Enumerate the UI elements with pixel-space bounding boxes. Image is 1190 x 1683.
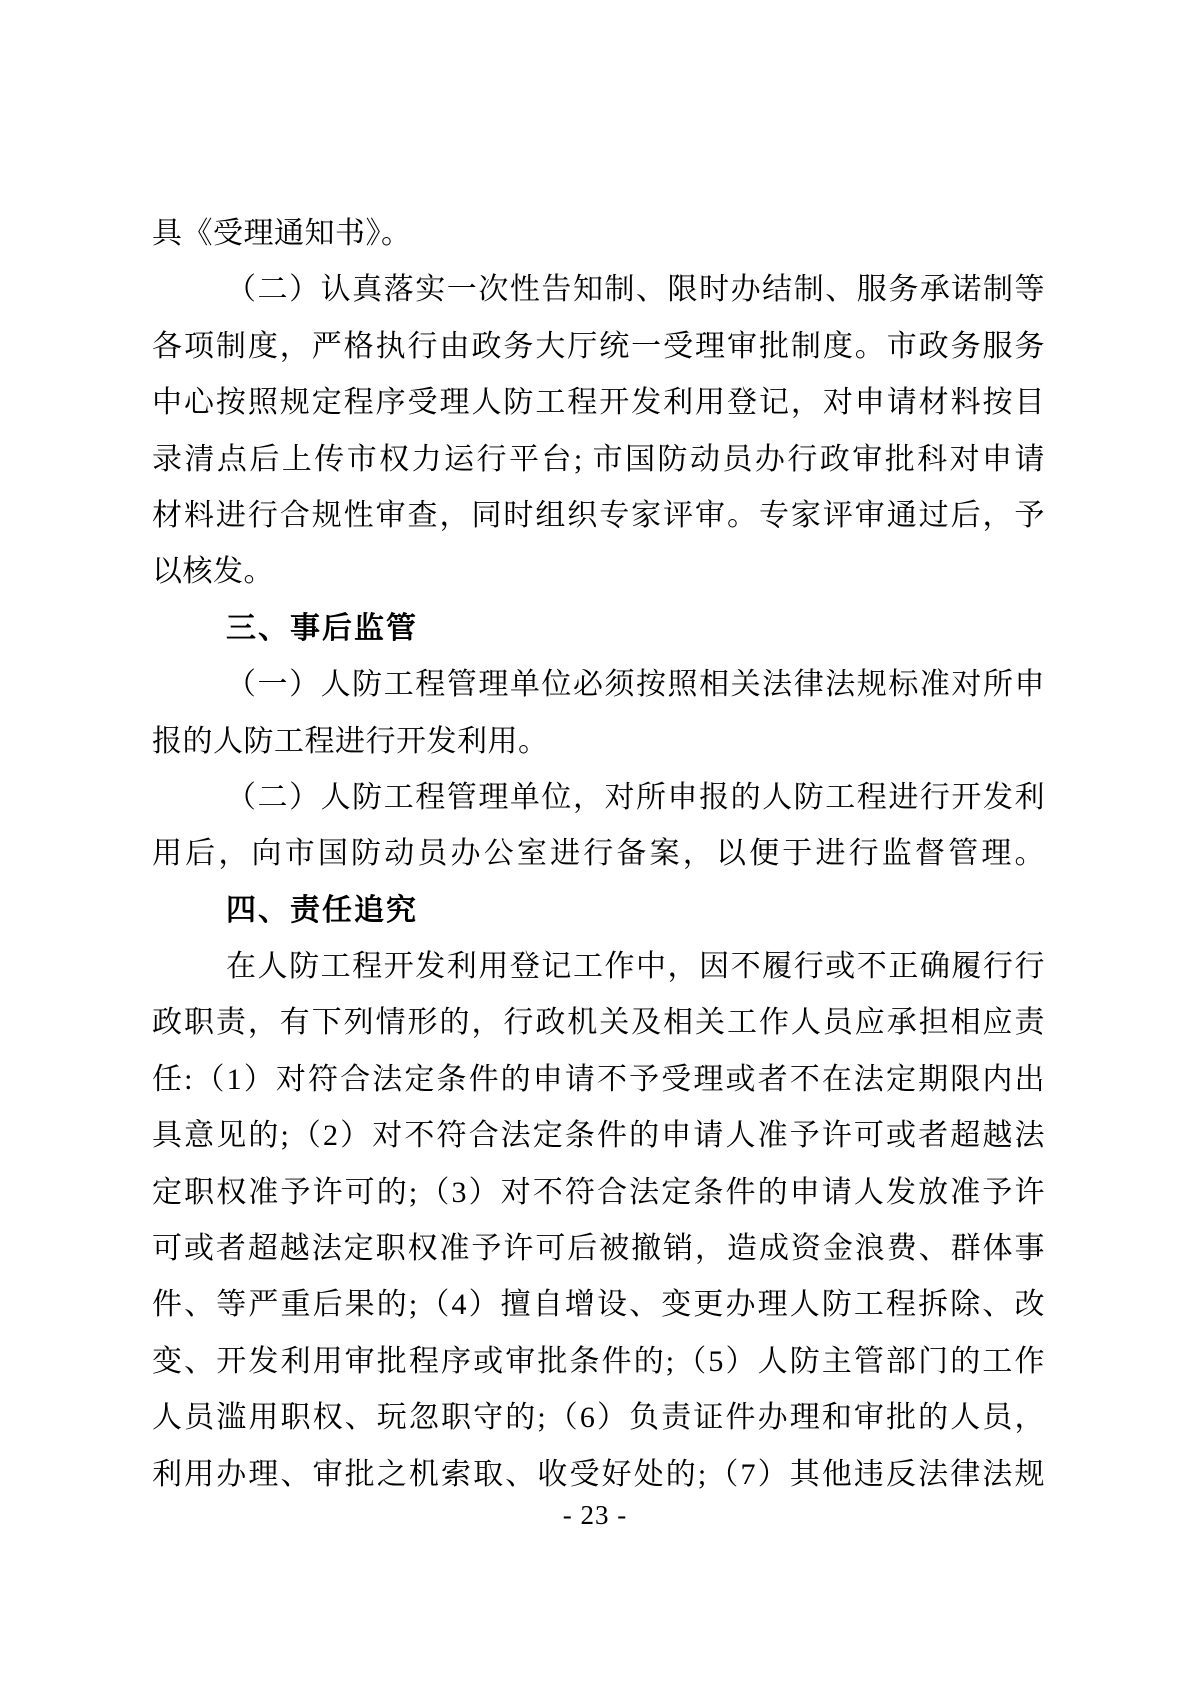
text-line: 各项制度，严格执行由政务大厅统一受理审批制度。市政务服务 [152, 319, 1045, 375]
text-line: 具《受理通知书》。 [152, 206, 1045, 262]
text-line: 以核发。 [152, 544, 1045, 600]
text-line: 用后，向市国防动员办公室进行备案，以便于进行监督管理。 [152, 826, 1045, 882]
page-number: - 23 - [0, 1495, 1190, 1535]
section-heading: 三、事后监管 [152, 601, 1045, 657]
text-line: 任:（1）对符合法定条件的申请不予受理或者不在法定期限内出 [152, 1052, 1045, 1108]
text-line: 人员滥用职权、玩忽职守的;（6）负责证件办理和审批的人员， [152, 1390, 1045, 1446]
text-line: 政职责，有下列情形的，行政机关及相关工作人员应承担相应责 [152, 995, 1045, 1051]
document-body: 具《受理通知书》。（二）认真落实一次性告知制、限时办结制、服务承诺制等各项制度，… [152, 206, 1045, 1503]
text-line: 具意见的;（2）对不符合法定条件的申请人准予许可或者超越法 [152, 1108, 1045, 1164]
text-line: （二）认真落实一次性告知制、限时办结制、服务承诺制等 [152, 262, 1045, 318]
text-line: 中心按照规定程序受理人防工程开发利用登记，对申请材料按目 [152, 375, 1045, 431]
text-line: 变、开发利用审批程序或审批条件的;（5）人防主管部门的工作 [152, 1334, 1045, 1390]
text-line: 件、等严重后果的;（4）擅自增设、变更办理人防工程拆除、改 [152, 1277, 1045, 1333]
text-line: 材料进行合规性审查，同时组织专家评审。专家评审通过后，予 [152, 488, 1045, 544]
text-line: 录清点后上传市权力运行平台; 市国防动员办行政审批科对申请 [152, 432, 1045, 488]
section-heading: 四、责任追究 [152, 883, 1045, 939]
text-line: 报的人防工程进行开发利用。 [152, 714, 1045, 770]
document-page: 具《受理通知书》。（二）认真落实一次性告知制、限时办结制、服务承诺制等各项制度，… [0, 0, 1190, 1683]
text-line: （一）人防工程管理单位必须按照相关法律法规标准对所申 [152, 657, 1045, 713]
text-line: 定职权准予许可的;（3）对不符合法定条件的申请人发放准予许 [152, 1165, 1045, 1221]
text-line: （二）人防工程管理单位，对所申报的人防工程进行开发利 [152, 770, 1045, 826]
text-line: 可或者超越法定职权准予许可后被撤销，造成资金浪费、群体事 [152, 1221, 1045, 1277]
text-line: 在人防工程开发利用登记工作中，因不履行或不正确履行行 [152, 939, 1045, 995]
